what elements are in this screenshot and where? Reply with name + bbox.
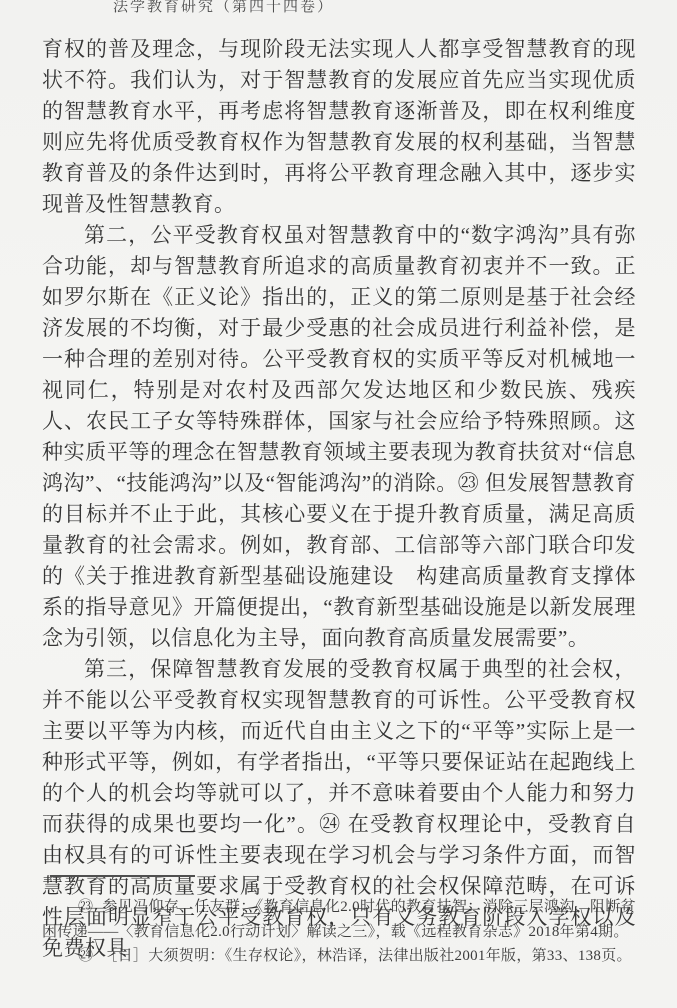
footnote-area: ㉓参见冯仰存、任友群：《教育信息化2.0时代的教育扶智：消除三层鸿沟、阻断贫困传… [42, 875, 636, 969]
body-paragraph: 第二，公平受教育权虽对智慧教育中的“数字鸿沟”具有弥合功能，却与智慧教育所追求的… [42, 220, 636, 654]
footnote-marker: ㉔ [78, 948, 93, 964]
footnote-separator [50, 875, 195, 877]
footnote-text: ［日］大须贺明：《生存权论》，林浩译，法律出版社2001年版，第33、138页。 [102, 948, 632, 964]
footnote-text: 参见冯仰存、任友群：《教育信息化2.0时代的教育扶智：消除三层鸿沟、阻断贫困传递… [42, 899, 636, 940]
footnote: ㉓参见冯仰存、任友群：《教育信息化2.0时代的教育扶智：消除三层鸿沟、阻断贫困传… [42, 895, 636, 944]
footnote-marker: ㉓ [78, 899, 93, 915]
body-paragraph: 育权的普及理念，与现阶段无法实现人人都享受智慧教育的现状不符。我们认为，对于智慧… [42, 34, 636, 220]
running-header: 法学教育研究（第四十四卷） [113, 0, 334, 16]
body-text: 育权的普及理念，与现阶段无法实现人人都享受智慧教育的现状不符。我们认为，对于智慧… [42, 34, 636, 964]
footnote: ㉔［日］大须贺明：《生存权论》，林浩译，法律出版社2001年版，第33、138页… [42, 944, 636, 969]
document-page: 法学教育研究（第四十四卷） 育权的普及理念，与现阶段无法实现人人都享受智慧教育的… [0, 0, 677, 1008]
